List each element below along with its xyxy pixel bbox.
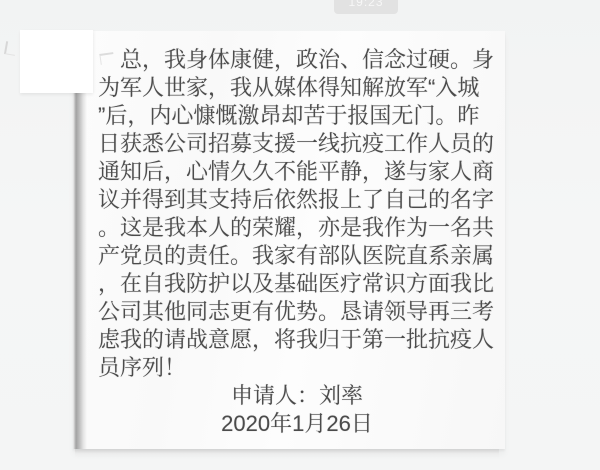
chat-screenshot: 19:23 总，我身体康健，政治、信念过硬。身 为军人世家，我从媒体得知解放军“… <box>0 0 600 470</box>
letter-line: 产党员的责任。我家有部队医院直系亲属 <box>98 242 496 270</box>
letter-line: 通知后，心情久久不能平静，遂与家人商 <box>98 158 496 186</box>
redaction-patch <box>20 30 93 93</box>
document-photo-message[interactable]: 总，我身体康健，政治、信念过硬。身 为军人世家，我从媒体得知解放军“入城 ”后，… <box>73 31 505 449</box>
letter-line: 公司其他同志更有优势。恳请领导再三考 <box>98 298 496 326</box>
letter-line: 虑我的请战意愿，将我归于第一批抗疫人 <box>98 326 496 354</box>
letter-line: ”后，内心慷慨激昂却苦于报国无门。昨 <box>98 102 496 130</box>
letter-signature: 申请人：刘率 <box>98 382 496 410</box>
chat-timestamp-badge: 19:23 <box>334 0 398 14</box>
letter-line: 员序列！ <box>98 354 496 382</box>
edge-artifact <box>4 41 17 56</box>
redacted-name-smudge <box>99 52 114 65</box>
letter-line: 为军人世家，我从媒体得知解放军“入城 <box>98 74 496 102</box>
letter-line: 。这是我本人的荣耀，亦是我作为一名共 <box>98 214 496 242</box>
letter-line: 议并得到其支持后依然报上了自己的名字 <box>98 186 496 214</box>
letter-text: 总，我身体康健，政治、信念过硬。身 为军人世家，我从媒体得知解放军“入城 ”后，… <box>98 46 496 438</box>
letter-line: ，在自我防护以及基础医疗常识方面我比 <box>98 270 496 298</box>
letter-date: 2020年1月26日 <box>98 410 496 438</box>
letter-line: 总，我身体康健，政治、信念过硬。身 <box>98 46 496 74</box>
letter-line: 日获悉公司招募支援一线抗疫工作人员的 <box>98 130 496 158</box>
